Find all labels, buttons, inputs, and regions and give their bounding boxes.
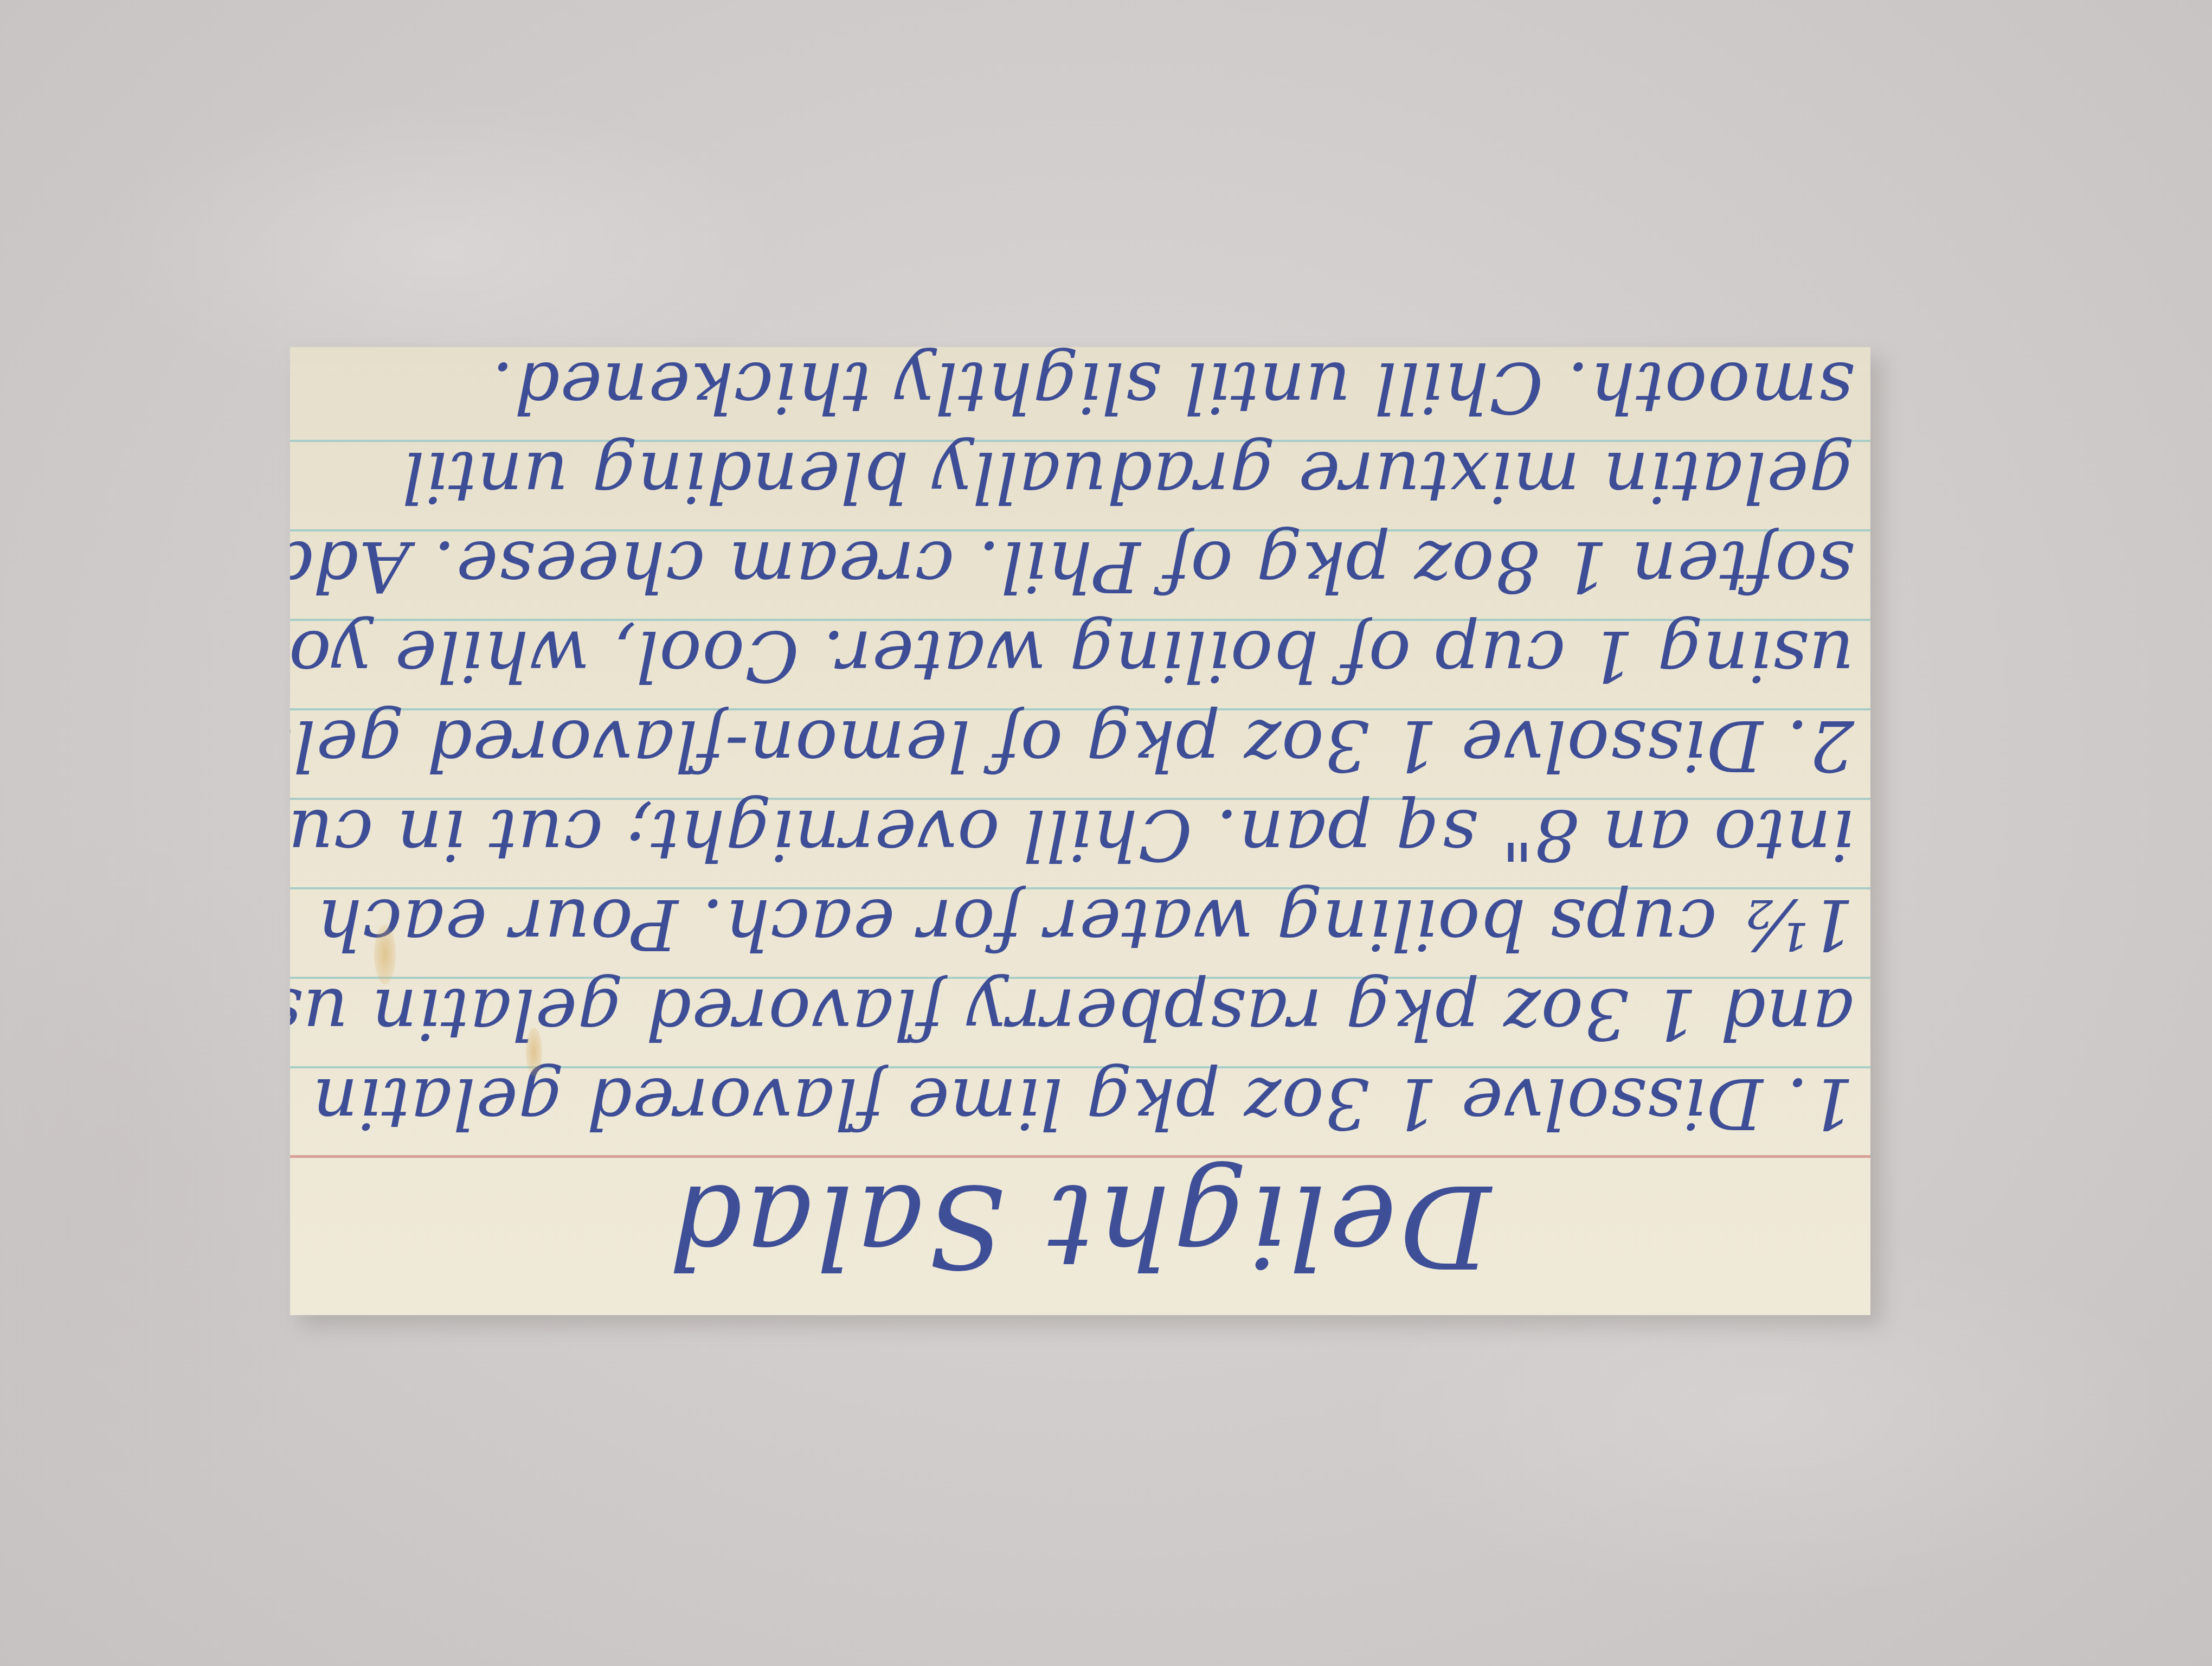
- recipe-line: using 1 cup of boiling water. Cool, whil…: [304, 613, 1854, 700]
- recipe-title: Delight Salad: [515, 1158, 1491, 1293]
- recipe-line: 1½ cups boiling water for each. Pour eac…: [304, 881, 1854, 968]
- recipe-index-card: Delight Salad 1. Dissolve 1 3oz pkg lime…: [290, 347, 1870, 1315]
- recipe-line: into an 8" sq pan. Chill overnight; cut …: [304, 792, 1854, 879]
- food-stain: [526, 1028, 542, 1077]
- recipe-line: soften 1 8oz pkg of Phil. cream cheese. …: [304, 523, 1854, 610]
- recipe-line: 2. Dissolve 1 3oz pkg of lemon-flavored …: [304, 702, 1854, 789]
- recipe-line: gelatin mixture gradually blending until: [304, 434, 1854, 521]
- food-stain: [374, 925, 396, 984]
- recipe-line: smooth. Chill until slightly thickened.: [304, 347, 1854, 431]
